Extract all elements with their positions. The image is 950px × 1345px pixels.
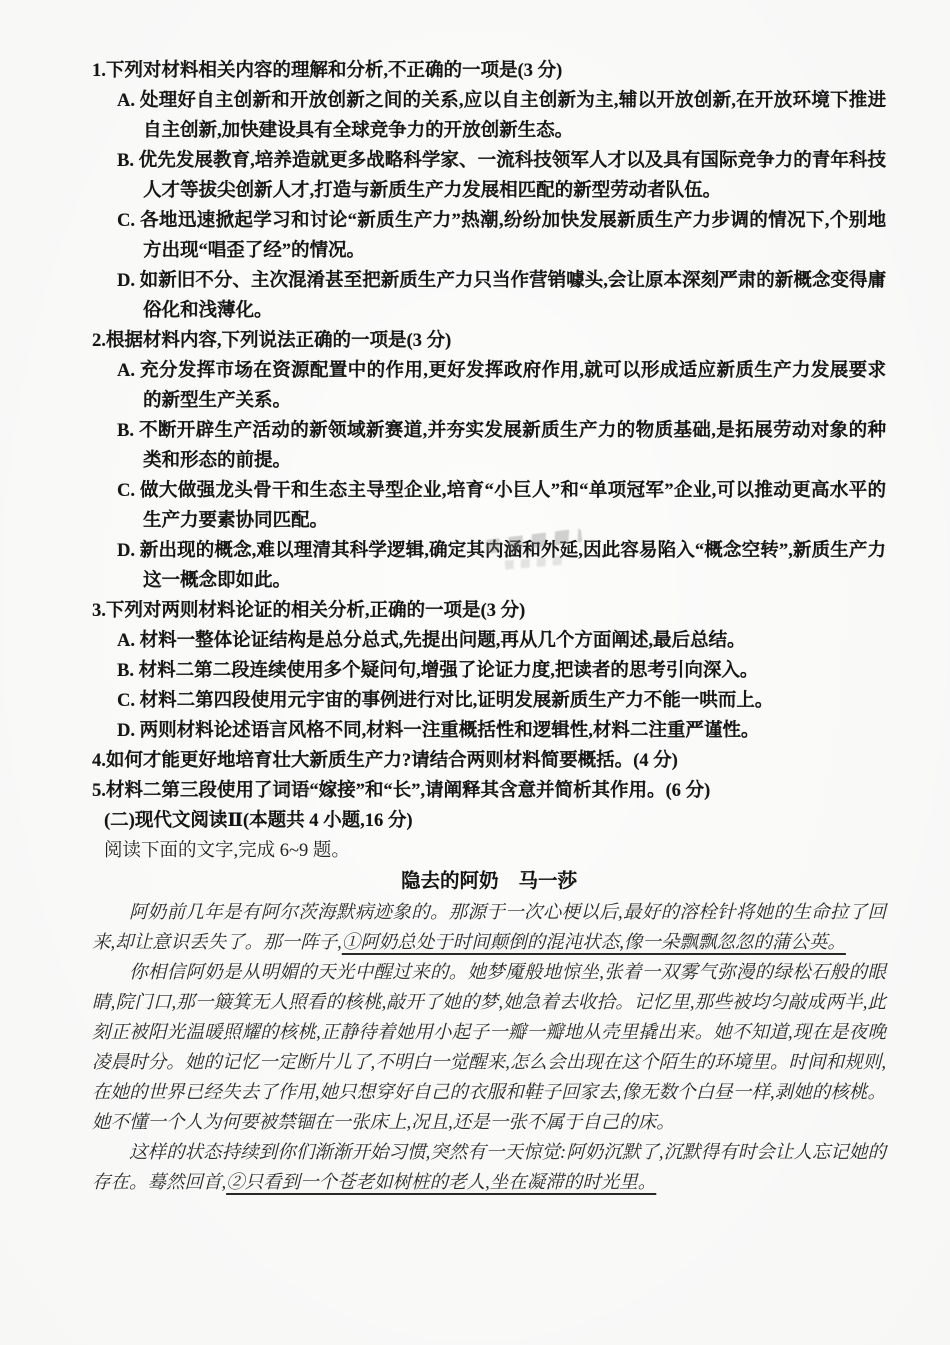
story-author: 马一莎 xyxy=(519,871,578,892)
question-stem: 1.下列对材料相关内容的理解和分析,不正确的一项是(3 分) xyxy=(92,56,886,86)
question-stem: 3.下列对两则材料论证的相关分析,正确的一项是(3 分) xyxy=(92,596,886,626)
story-paragraph: 这样的状态持续到你们渐渐开始习惯,突然有一天惊觉:阿奶沉默了,沉默得有时会让人忘… xyxy=(92,1138,886,1198)
question-option: C. 各地迅速掀起学习和讨论“新质生产力”热潮,纷纷加快发展新质生产力步调的情况… xyxy=(92,206,886,266)
question-option: B. 材料二第二段连续使用多个疑问句,增强了论证力度,把读者的思考引向深入。 xyxy=(92,656,886,686)
short-answer-questions: 4.如何才能更好地培育壮大新质生产力?请结合两则材料简要概括。(4 分)5.材料… xyxy=(92,746,886,806)
story-title-line: 隐去的阿奶马一莎 xyxy=(92,866,886,898)
prose-text: 你相信阿奶是从明媚的天光中醒过来的。她梦魇般地惊坐,张着一双雾气弥漫的绿松石般的… xyxy=(92,963,886,1133)
question-option: C. 做大做强龙头骨干和生态主导型企业,培育“小巨人”和“单项冠军”企业,可以推… xyxy=(92,476,886,536)
question-option: B. 优先发展教育,培养造就更多战略科学家、一流科技领军人才以及具有国际竞争力的… xyxy=(92,146,886,206)
story-paragraphs: 阿奶前几年是有阿尔茨海默病迹象的。那源于一次心梗以后,最好的溶栓针将她的生命拉了… xyxy=(92,898,886,1198)
page-content: 1.下列对材料相关内容的理解和分析,不正确的一项是(3 分)A. 处理好自主创新… xyxy=(92,56,886,1198)
section-heading: (二)现代文阅读Ⅱ(本题共 4 小题,16 分) xyxy=(104,806,886,836)
question-option: B. 不断开辟生产活动的新领域新赛道,并夯实发展新质生产力的物质基础,是拓展劳动… xyxy=(92,416,886,476)
exam-page: 1.下列对材料相关内容的理解和分析,不正确的一项是(3 分)A. 处理好自主创新… xyxy=(0,0,950,1345)
short-question: 4.如何才能更好地培育壮大新质生产力?请结合两则材料简要概括。(4 分) xyxy=(92,746,886,776)
underlined-sentence: ②只看到一个苍老如树桩的老人,坐在凝滞的时光里。 xyxy=(226,1173,656,1193)
story-title: 隐去的阿奶 xyxy=(401,871,499,892)
question-option: D. 两则材料论述语言风格不同,材料一注重概括性和逻辑性,材料二注重严谨性。 xyxy=(92,716,886,746)
question-stem: 2.根据材料内容,下列说法正确的一项是(3 分) xyxy=(92,326,886,356)
question-option: A. 充分发挥市场在资源配置中的作用,更好发挥政府作用,就可以形成适应新质生产力… xyxy=(92,356,886,416)
question-option: A. 处理好自主创新和开放创新之间的关系,应以自主创新为主,辅以开放创新,在开放… xyxy=(92,86,886,146)
multiple-choice-questions: 1.下列对材料相关内容的理解和分析,不正确的一项是(3 分)A. 处理好自主创新… xyxy=(92,56,886,746)
question-option: A. 材料一整体论证结构是总分总式,先提出问题,再从几个方面阐述,最后总结。 xyxy=(92,626,886,656)
question-option: D. 新出现的概念,难以理清其科学逻辑,确定其内涵和外延,因此容易陷入“概念空转… xyxy=(92,536,886,596)
question-option: D. 如新旧不分、主次混淆甚至把新质生产力只当作营销噱头,会让原本深刻严肃的新概… xyxy=(92,266,886,326)
question-option: C. 材料二第四段使用元宇宙的事例进行对比,证明发展新质生产力不能一哄而上。 xyxy=(92,686,886,716)
short-question: 5.材料二第三段使用了词语“嫁接”和“长”,请阐释其含意并简析其作用。(6 分) xyxy=(92,776,886,806)
reading-instruction: 阅读下面的文字,完成 6~9 题。 xyxy=(104,836,886,866)
underlined-sentence: ①阿奶总处于时间颠倒的混沌状态,像一朵飘飘忽忽的蒲公英。 xyxy=(342,933,846,953)
story-paragraph: 你相信阿奶是从明媚的天光中醒过来的。她梦魇般地惊坐,张着一双雾气弥漫的绿松石般的… xyxy=(92,958,886,1138)
story-paragraph: 阿奶前几年是有阿尔茨海默病迹象的。那源于一次心梗以后,最好的溶栓针将她的生命拉了… xyxy=(92,898,886,958)
